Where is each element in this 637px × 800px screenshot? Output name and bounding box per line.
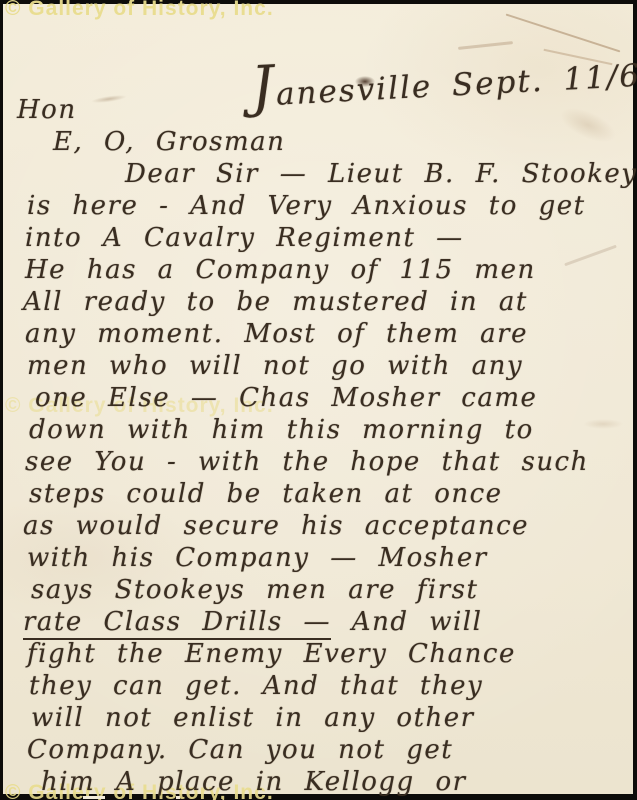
- letter-line: is here - And Very Anxious to get: [27, 190, 625, 222]
- letter-line: him A place in Kellogg or: [41, 766, 625, 798]
- letter-line: Company. Can you not get: [27, 734, 625, 766]
- letter-line: as would secure his acceptance: [23, 510, 625, 542]
- letter-line: Dear Sir — Lieut B. F. Stookey: [125, 158, 625, 190]
- letter-line: down with him this morning to: [29, 414, 625, 446]
- letter-line: He has a Company of 115 men: [25, 254, 625, 286]
- letter-line: All ready to be mustered in at: [23, 286, 625, 318]
- scan-edge-nick: [176, 796, 180, 799]
- letter-line: they can get. And that they: [29, 670, 625, 702]
- letter-line: see You - with the hope that such: [25, 446, 625, 478]
- letter-line: fight the Enemy Every Chance: [27, 638, 625, 670]
- underlined-phrase: rate Class Drills —: [23, 607, 331, 640]
- letter-body: HonE, O, GrosmanDear Sir — Lieut B. F. S…: [13, 94, 625, 798]
- letter-line: rate Class Drills — And will: [23, 606, 625, 638]
- letter-line: one Else — Chas Mosher came: [35, 382, 625, 414]
- letter-line: any moment. Most of them are: [25, 318, 625, 350]
- letter-paper: © Gallery of History, Inc. © Gallery of …: [3, 4, 633, 794]
- scan-edge-nick: [83, 796, 105, 799]
- letter-line: men who will not go with any: [27, 350, 625, 382]
- scanned-letter: © Gallery of History, Inc. © Gallery of …: [0, 0, 637, 800]
- letter-line: steps could be taken at once: [29, 478, 625, 510]
- letter-line: into A Cavalry Regiment —: [25, 222, 625, 254]
- letter-line: says Stookeys men are first: [31, 574, 625, 606]
- watermark-top: © Gallery of History, Inc.: [5, 0, 274, 21]
- letter-line: with his Company — Mosher: [27, 542, 625, 574]
- letter-line: Hon: [17, 94, 625, 126]
- letter-line: E, O, Grosman: [53, 126, 625, 158]
- letter-line: will not enlist in any other: [31, 702, 625, 734]
